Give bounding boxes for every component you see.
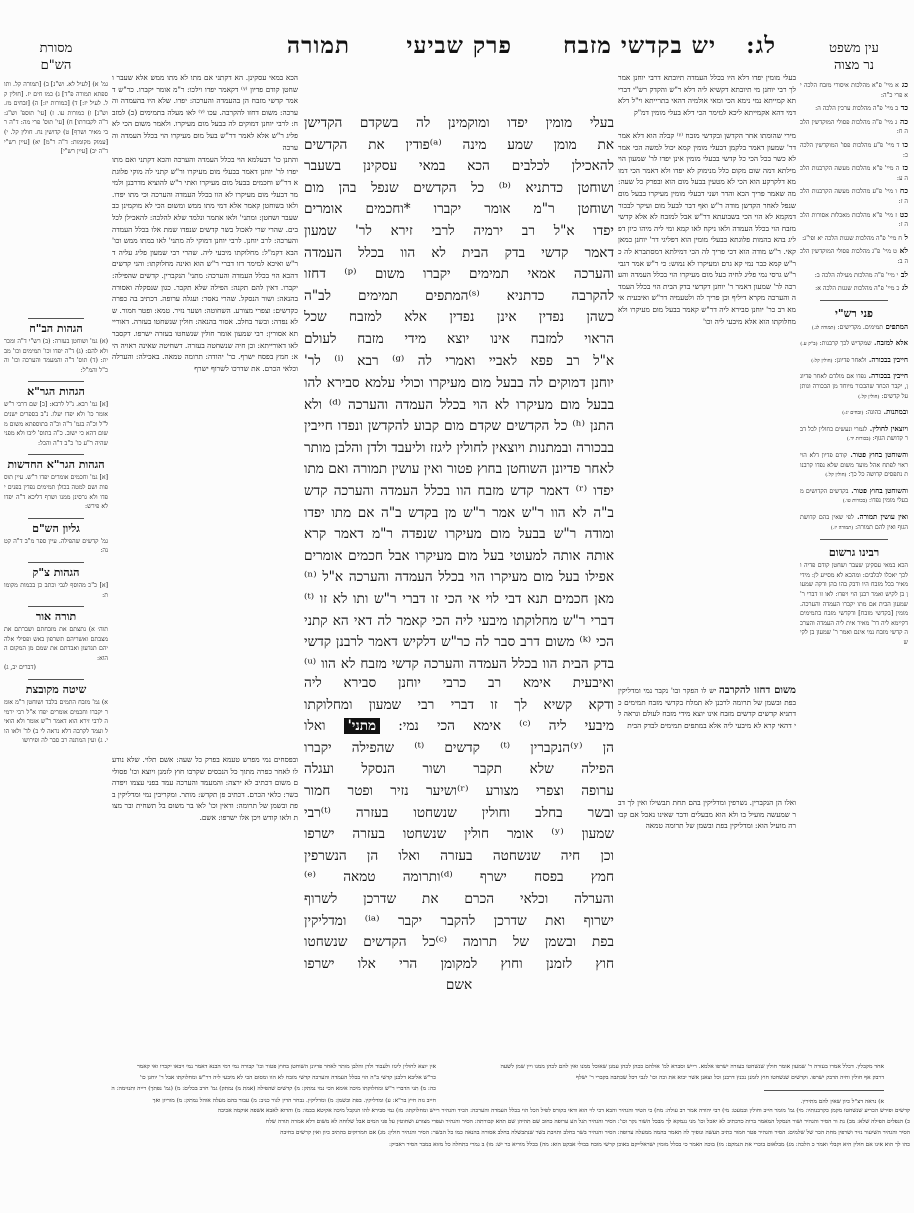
divider — [28, 381, 84, 382]
pnei-rashi-text: שמקדיש לכך קרבנות: — [818, 340, 872, 347]
gemara-line: הראוי למזבח אינו יוצא מידי מזבח לעולם — [304, 329, 614, 351]
rabbenu-gershom-heading: רבינו גרשום — [800, 546, 908, 559]
ein-mishpat-text: ו מיי' פ"ע מהלכות מעשה הקרבנות הלכה ז: — [800, 188, 908, 205]
pnei-rashi-ref: (חולין קל.) — [858, 394, 879, 400]
folio-number: לג: — [746, 32, 776, 59]
ein-mishpat-letter: כט — [897, 210, 908, 219]
pnei-rashi-ref: (זבחים יג:) — [842, 410, 863, 416]
ein-mishpat-entry: כח ו מיי' פ"ע מהלכות מעשה הקרבנות הלכה ז… — [800, 186, 908, 206]
tosafot-opening: בעלי מומין יפדו דלא היו בכלל העמדה תיובת… — [618, 72, 796, 130]
divider — [764, 1090, 884, 1091]
pnei-rashi-ref: (ב"ק ע.) — [800, 341, 817, 347]
ein-mishpat-text: י מיי' פ"ה מהלכות מעילה הלכה ב: — [815, 272, 899, 279]
divider — [28, 318, 84, 319]
divider — [820, 539, 888, 540]
footnote-line: קדשים ופירש הכריע שנשחטו מקמן כקרבנותיו:… — [100, 1106, 910, 1117]
gemara-line: ישרוף ואת שדרכן להקבר יקבר ⁽ⁱᵃ⁾ ומדליקין — [304, 911, 614, 933]
gloss-heading: הגהות הגר"א החדשות — [4, 458, 108, 471]
ein-mishpat-letter: ל — [902, 233, 908, 242]
gemara-block-bottom: ואיבעית אימא רב כרבי יוחנן סבירא ליהודקא… — [304, 673, 614, 997]
footnote-line: אין יוצא לחולין ליגזז ולעבוד ולדן והלבן … — [100, 1062, 436, 1073]
ein-mishpat-entry: לג כ מיי' פ"ה מהלכות שגגות הלכה א: — [800, 283, 908, 294]
footnotes-upper-left-lines: אין יוצא לחולין ליגזז ולעבוד ולדן והלבן … — [100, 1062, 436, 1107]
pnei-rashi-ref: (תמורה לג.) — [812, 325, 836, 331]
masoret-title-line1: מסורת — [4, 40, 108, 57]
gemara-text: ואלו — [304, 718, 344, 734]
pnei-rashi-dibbur: חייבין בבכורה. — [866, 371, 908, 380]
tosafot-dibbur-hamatchil: משום דחזו להקרבה — [719, 685, 796, 696]
ein-mishpat-letter: לב — [898, 270, 908, 279]
ein-mishpat-entry: לא ט מיי' פ"ג מהלכות פסולי המוקדשין הלכה… — [800, 246, 908, 266]
gemara-line: להקרבה כדתניא ⁽ˢ⁾המתפים תמימים לב"ה — [304, 286, 614, 308]
page-header: לג: יש בקדשי מזבח פרק שביעי תמורה — [136, 32, 776, 62]
footnote-line: אחד מקבלין. דכלל אמרו בעזרה ר' שמעון אומ… — [464, 1062, 884, 1073]
gemara-line: ושוחטן כדתניא ⁽ᵇ⁾ כל הקדשים שנפל בהן מום — [304, 178, 614, 200]
gemara-line: כשהן נפדין אינן נפדין אלא למזבח שכל — [304, 307, 614, 329]
ein-mishpat-entry: כה ג מיי' פ"ה מהלכות פסולי המוקדשין הלכה… — [800, 117, 908, 137]
footnotes-upper-right-lines: אחד מקבלין. דכלל אמרו בעזרה ר' שמעון אומ… — [464, 1062, 884, 1084]
pnei-rashi-entries: המתפים תמימים. מקדישים: (תמורה לג.)אלא ל… — [800, 322, 908, 534]
pnei-rashi-dibbur: והשוחטן בחוץ פטור. — [847, 450, 908, 459]
divider — [28, 679, 84, 680]
ein-mishpat-text: ד מיי' פ"ע מהלכות פסו' המוקדשין הלכה כ: — [800, 142, 908, 159]
gemara-line: והערכה אמאי תמימים יקברו משום ⁽ᵖ⁾ דחזו — [304, 264, 614, 286]
pnei-rashi-entry: והשוחטן בחוץ פטור. בקדשים הקדושים מבעלי … — [800, 486, 908, 507]
tosafot-subsection: משום דחזו להקרבה יש לו הפקר ובו' נקבר נמ… — [618, 685, 796, 797]
divider — [28, 454, 84, 455]
ein-mishpat-text: כ מיי' פ"ה מהלכות שגגות הלכה א: — [815, 285, 899, 292]
gloss-text: [א] גמ' רבא. נ"ל לרבא: [ב] שם דרבי ר"ש א… — [4, 400, 108, 448]
pnei-rashi-ref: (תמורה יז.) — [831, 525, 853, 531]
ein-mishpat-entry: כז ה מיי' פ"א מהלכות מעשה הקרבנות הלכה ע… — [800, 163, 908, 183]
gloss-text: תוה׳ א) נתצתם את מזבחתם ושברתם את מצבתם … — [4, 625, 108, 663]
ein-mishpat-text: א מיי' פ"א מהלכות איסורי מזבח הלכה יא פר… — [800, 82, 908, 99]
gemara-line: יפדו א"ל רב ירמיה לרבי זירא לר' שמעון — [304, 221, 614, 243]
gemara-text: מיבעי ליה ⁽ᶜ⁾ אימא הכי נמי: — [380, 718, 614, 734]
ein-mishpat-text: ב מיי' פ"ה מהלכות ערכין הלכה ה: — [815, 105, 898, 112]
footnote-line: כהו לך הוא אינו אם חולין היא וקבלי ואמר … — [100, 1140, 910, 1151]
gemara-line: בעלי מומין יפדו ומוקמינן לה בשקדם הקדישן — [304, 113, 614, 135]
pnei-rashi-entry: אלא למזבח. שמקדיש לכך קרבנות: (ב"ק ע.) — [800, 338, 908, 350]
pnei-rashi-dibbur: אלא למזבח. — [872, 338, 908, 347]
gloss-text: (א) גמ' ושוחטן בעזרה: (ב) רש"י ד"ה ומכר … — [4, 337, 108, 375]
gemara-line: חמץ בפסח ישרף ⁽ᵈ⁾ותרומה טמאה ⁽ᵉ⁾ — [304, 867, 614, 889]
divider — [820, 300, 888, 301]
gemara-line: א"ל רב פפא לאביי ואמרי לה ⁽ᵍ⁾ רבא ⁽ⁱ⁾ לר… — [304, 351, 614, 373]
pnei-rashi-dibbur: והשוחטן בחוץ פטור. — [849, 486, 908, 495]
footnote-line: כ) הנפלים הפילה שלא: מב) נת ור הסיר והגה… — [100, 1117, 910, 1128]
footnotes-bottom-lines: קדשים ופירש הכריע שנשחטו מקמן כקרבנותיו:… — [100, 1106, 910, 1151]
footnote-line: כה: מ) תני הדברי ר"ש ומחלוקתו מיכה אימא … — [100, 1084, 436, 1095]
pnei-rashi-dibbur: חייבין בבכורה. — [866, 355, 908, 364]
ein-mishpat-entry: כט ז מיי' פ"א מהלכות מאכלות אסורות הלכה … — [800, 210, 908, 230]
pnei-rashi-entry: ובמתנות. כהונה: (זבחים יג:) — [800, 407, 908, 419]
gemara-line: ערופה וצפרי מצורע ⁽ʳ⁾ושיער נזיר ופטר חמו… — [304, 781, 614, 803]
ein-mishpat-entry: כד ב מיי' פ"ה מהלכות ערכין הלכה ה: — [800, 103, 908, 114]
ein-mishpat-letter: כז — [899, 163, 908, 172]
rashi-body: והתנן כו' דבעלמא הוי בכלל העמדה והערכה ו… — [112, 154, 298, 754]
ein-mishpat-text: ה מיי' פ"א מהלכות מעשה הקרבנות הלכה ע: — [800, 165, 908, 182]
ein-mishpat-letter: לא — [897, 246, 908, 255]
ein-mishpat-column: עין משפט נר מצוה כג א מיי' פ"א מהלכות אי… — [800, 40, 908, 851]
gloss-heading: תורה אור — [4, 610, 108, 623]
gloss-text: א) גמ' מזבח התמים בלבד ושוחטן ר"מ אומר י… — [4, 698, 108, 746]
masoret-hashas-column: מסורת הש"ם גמ' א) [לעיל לא. וש"נ] ב) [תמ… — [4, 40, 108, 746]
gemara-line: את מומן שמע מינה ⁽ᵃ⁾פודין את הקדשים — [304, 135, 614, 157]
tosafot-body: מירי שהומתו אחר הקדשן ובקדשי מזבח ⁽ᵞ⁾ קב… — [618, 130, 796, 685]
ein-mishpat-entries: כג א מיי' פ"א מהלכות איסורי מזבח הלכה יא… — [800, 80, 908, 294]
pnei-rashi-heading: פני רש"י — [800, 307, 908, 320]
ein-mishpat-text: ח מיי' פ"ה מהלכות שגגות הלכה יא ופי"ג: — [802, 235, 902, 242]
ein-mishpat-letter: כד — [898, 103, 908, 112]
gloss-heading: שיטה מקובצת — [4, 683, 108, 696]
pnei-rashi-entry: ואין עושין תמורה. לפי שאין בהם קדושת הגו… — [800, 512, 908, 533]
gloss-heading: גליון הש"ם — [4, 522, 108, 535]
ein-mishpat-text: ג מיי' פ"ה מהלכות פסולי המוקדשין הלכה ח: — [800, 119, 908, 136]
ein-mishpat-text: ז מיי' פ"א מהלכות מאכלות אסורות הלכה ז: — [800, 212, 908, 229]
footnotes-bottom: קדשים ופירש הכריע שנשחטו מקמן כקרבנותיו:… — [100, 1106, 910, 1151]
pnei-rashi-ref: (חולין קל.) — [825, 472, 846, 478]
pnei-rashi-dibbur: ויוצאין לחולין. — [867, 424, 908, 433]
divider — [28, 606, 84, 607]
gemara-line: וכן חיה שנשחטה בעזרה ואלו הן הנשרפין — [304, 846, 614, 868]
rabbenu-gershom-text: הכא במאי עסקינן שעבר ושחטן קודם פדיה ולכ… — [800, 561, 908, 851]
gloss-text: [א] כ"כ מהוסף לגבי וכתב כן בכמות מקומות: — [4, 581, 108, 600]
gloss-ref: (דברים יב, ג) — [4, 663, 108, 673]
pnei-rashi-text: תמימים. מקדישים: — [835, 324, 883, 331]
gemara-line: ושוחטן ר"מ אומר יקברו *וחכמים אומרים — [304, 199, 614, 221]
chapter-mishnah-title: יש בקדשי מזבח — [563, 32, 716, 59]
mishnah-marker: מתני' — [344, 718, 381, 734]
ein-mishpat-letter: כו — [899, 140, 908, 149]
masoret-text: גמ' א) [לעיל לא. וש"נ] ב) [תמורה קל. ותו… — [4, 80, 108, 312]
gloss-heading: הגהות הגר"א — [4, 385, 108, 398]
masoret-title: מסורת הש"ם — [4, 40, 108, 74]
chapter-label: פרק שביעי — [406, 32, 512, 59]
pnei-rashi-text: ולאחר פדיונן: — [833, 357, 867, 364]
ein-mishpat-entry: כג א מיי' פ"א מהלכות איסורי מזבח הלכה יא… — [800, 80, 908, 100]
gemara-block-top: בעלי מומין יפדו ומוקמינן לה בשקדם הקדישן… — [304, 113, 614, 372]
gloss-text: גמ' קדשים שהפילה. עיין ספר מ"ב ד"ה קטנה: — [4, 537, 108, 556]
gemara-middle-text: יוחנן דמוקים לה בבעל מום מעיקרו וכולי על… — [304, 373, 614, 673]
tractate-name: תמורה — [287, 32, 350, 59]
pnei-rashi-entry: והשוחטן בחוץ פטור. קודם פדיון דלא הוי רא… — [800, 450, 908, 481]
ein-mishpat-title-line2: נר מצוה — [800, 57, 908, 74]
pnei-rashi-text: כהונה: — [863, 409, 881, 416]
pnei-rashi-ref: (בכורות טו.) — [843, 498, 867, 504]
footnotes-upper-right: אחד מקבלין. דכלל אמרו בעזרה ר' שמעון אומ… — [464, 1062, 884, 1109]
ein-mishpat-letter: כח — [897, 186, 908, 195]
masoret-title-line2: הש"ם — [4, 57, 108, 74]
footnote-line: הסיר והגהיר השיעור נזיר ושרפין מחת הכר ש… — [100, 1128, 910, 1139]
footnote-line: דרבק אף חולין וחיה הדבק ישרפו. וקדשים שנ… — [464, 1073, 884, 1084]
rashi-lower: ובפסחים נמי מפרש טעמא בפרק כל שעה: אשם ת… — [112, 754, 298, 984]
gloss-heading: הגהות הב"ח — [4, 322, 108, 335]
gemara-line: דאמר קדשי בדק הבית לא הוו בכלל העמדה — [304, 243, 614, 265]
pnei-rashi-entry: ויוצאין לחולין. לגמרי ונעשים כחולין לכל … — [800, 424, 908, 445]
gemara-line: להאכילן לכלבים הכא במאי עסקינן בשעבר — [304, 156, 614, 178]
footnote-line: כר"ש אליבא דלבנן קדשי ב"ה הוי בכלל העמדה… — [100, 1073, 436, 1084]
gloss-heading: הגהות צ"ק — [4, 566, 108, 579]
footnotes-upper-left: אין יוצא לחולין ליגזז ולעבוד ולדן והלבן … — [100, 1062, 436, 1107]
gemara-line: בפת ובשמן של תרומה ⁽ᶜ⁾כל הקדשים שנשחטו — [304, 932, 614, 954]
ein-mishpat-entry: כו ד מיי' פ"ע מהלכות פסו' המוקדשין הלכה … — [800, 140, 908, 160]
pnei-rashi-entry: חייבין בבכורה. ולאחר פדיונן: (חולין קל:) — [800, 355, 908, 367]
gemara-column: בעלי מומין יפדו ומוקמינן לה בשקדם הקדישן… — [304, 113, 614, 372]
ein-mishpat-entry: לב י מיי' פ"ה מהלכות מעילה הלכה ב: — [800, 270, 908, 281]
ein-mishpat-letter: לג — [899, 283, 908, 292]
ein-mishpat-title-line1: עין משפט — [800, 40, 908, 57]
pnei-rashi-ref: (בכורות יד.) — [847, 436, 871, 442]
gemara-line: הפילה שלא תקבר ושור הנסקל ועגלה — [304, 759, 614, 781]
gemara-line: ודקא קשיא לך זו דברי רבי שמעון ומחלוקתו — [304, 695, 614, 717]
gemara-line: ובשר בחלב וחולין שנשחטו בעזרה ⁽ᵗ⁾רבי — [304, 803, 614, 825]
pnei-rashi-entry: חייבין בבכורה. נפדו אם מולדם לאחר פדיונן… — [800, 371, 908, 402]
gemara-column-lower: יוחנן דמוקים לה בבעל מום מעיקרו וכולי על… — [304, 373, 614, 997]
gemara-line: הן ⁽ʸ⁾הנקברין ⁽ᵗ⁾ קדשים ⁽ᵗ⁾ שהפילה יקברו — [304, 738, 614, 760]
gemara-line: אשם — [304, 975, 614, 997]
pnei-rashi-entry: המתפים תמימים. מקדישים: (תמורה לג.) — [800, 322, 908, 334]
ein-mishpat-letter: כה — [897, 117, 908, 126]
pnei-rashi-dibbur: ואין עושין תמורה. — [854, 512, 908, 521]
ein-mishpat-title: עין משפט נר מצוה — [800, 40, 908, 74]
ein-mishpat-entry: ל ח מיי' פ"ה מהלכות שגגות הלכה יא ופי"ג: — [800, 233, 908, 244]
tosafot-lower: ואלו הן הנקברין. נשרפין ומדליקין בהם תחת… — [618, 797, 796, 947]
gloss-text: [א] גמ' וחכמים אומרים יפדו ר"ש. עיין תוס… — [4, 473, 108, 511]
pnei-rashi-ref: (חולין קל:) — [811, 358, 832, 364]
tosafot-column: בעלי מומין יפדו דלא היו בכלל העמדה תיובת… — [618, 72, 796, 947]
gemara-line: מיבעי ליה ⁽ᶜ⁾ אימא הכי נמי: מתני' ואלו — [304, 716, 614, 738]
left-glosses: הגהות הב"ח(א) גמ' ושוחטן בעזרה: (ב) רש"י… — [4, 318, 108, 746]
gemara-line: ואיבעית אימא רב כרבי יוחנן סבירא ליה — [304, 673, 614, 695]
rashi-column: הכא במאי עסקינן. הא דקתני אם מתו לא מתו … — [112, 72, 298, 984]
ein-mishpat-letter: כג — [899, 80, 908, 89]
divider — [28, 518, 84, 519]
pnei-rashi-dibbur: המתפים — [883, 322, 908, 331]
gemara-line: והערלה וכלאי הכרם את שדרכן לשרוף — [304, 889, 614, 911]
ein-mishpat-text: ט מיי' פ"ג מהלכות פסולי המוקדשין הלכה ב: — [800, 248, 908, 265]
divider — [28, 562, 84, 563]
pnei-rashi-dibbur: ובמתנות. — [881, 407, 908, 416]
rashi-opening: הכא במאי עסקינן. הא דקתני אם מתו לא מתו … — [112, 72, 298, 154]
gemara-line: חוץ לזמנן וחוץ למקומן הרי אלו ישרפו — [304, 954, 614, 976]
gemara-line: שמעון ⁽ʸ⁾ אומר חולין שנשחטו בעזרה ישרפו — [304, 824, 614, 846]
